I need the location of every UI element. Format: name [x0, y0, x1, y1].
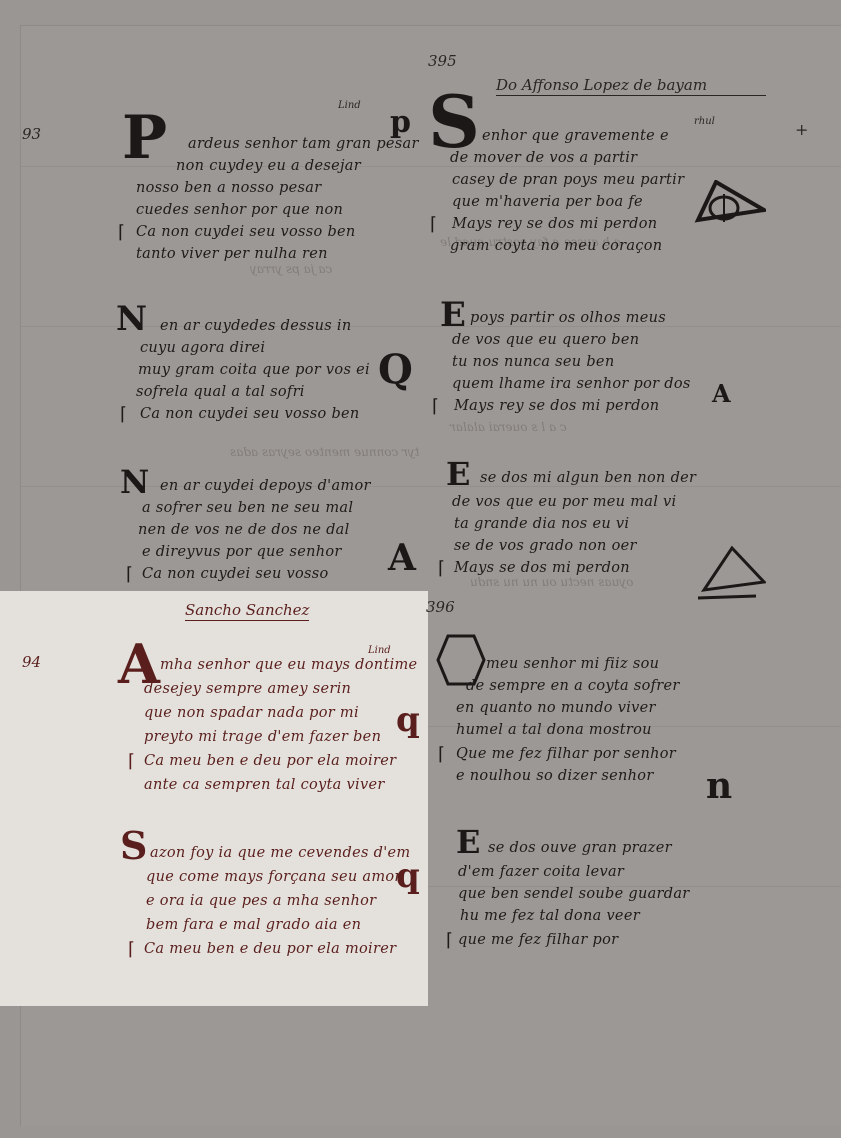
verse-line: d'em fazer coita levar	[458, 864, 624, 880]
verse-line: que m'haveria per boa fe	[452, 194, 643, 210]
guide-letter-blot: A	[388, 540, 416, 576]
bleed-through-text: ca ja ps yrray	[250, 262, 332, 276]
decorated-initial-d-icon	[694, 180, 766, 232]
verse-line: se dos mi algun ben non der	[480, 470, 696, 486]
guide-letter-q: q	[396, 859, 420, 893]
verse-line: en quanto no mundo viver	[456, 700, 656, 716]
initial-letter: N	[120, 466, 149, 498]
verse-line: humel a tal dona mostrou	[456, 722, 652, 738]
verse-line: casey de pran poys meu partir	[452, 172, 684, 188]
folio-number-395: 395	[428, 52, 457, 70]
initial-letter: S	[428, 86, 480, 158]
verse-line: ante ca sempren tal coyta viver	[144, 777, 385, 793]
guide-letter-q: q	[396, 703, 420, 737]
verse-line: e ora ia que pes a mha senhor	[146, 893, 376, 909]
verse-line: bem fara e mal grado aia en	[146, 917, 361, 933]
verse-line: en ar cuydei depoys d'amor	[160, 478, 371, 494]
refrain-marker: ⌈	[128, 939, 135, 960]
author-heading-left: Sancho Sanchez	[185, 601, 309, 621]
verse-line: tanto viver per nulha ren	[136, 246, 328, 262]
verse-line: se de vos grado non oer	[454, 538, 637, 554]
verse-line: de sempre en a coyta sofrer	[466, 678, 680, 694]
verse-line: e noulhou so dizer senhor	[456, 768, 654, 784]
verse-line: meu senhor mi fiiz sou	[486, 656, 659, 672]
verse-line: poys partir os olhos meus	[470, 310, 666, 326]
decorated-diamond-icon	[692, 544, 766, 604]
verse-line: de mover de vos a partir	[450, 150, 637, 166]
guide-letter-p: p	[390, 108, 411, 138]
refrain-marker: ⌈	[126, 564, 133, 585]
refrain-marker: ⌈	[432, 396, 439, 417]
verse-line: que me fez filhar por	[458, 932, 618, 948]
refrain-marker: ⌈	[128, 751, 135, 772]
initial-letter: N	[116, 302, 147, 336]
bleed-through-text: c a l s ouerai alalar	[450, 420, 567, 434]
margin-note: rhul	[694, 116, 715, 127]
verse-line: e direyvus por que senhor	[142, 544, 342, 560]
verse-line: non cuydey eu a desejar	[176, 158, 361, 174]
verse-line: cuedes senhor por que non	[136, 202, 343, 218]
verse-line: Ca non cuydei seu vosso ben	[136, 224, 356, 240]
verse-line: de vos que eu por meu mal vi	[452, 494, 676, 510]
verse-line: Mays rey se dos mi perdon	[454, 398, 659, 414]
guide-letter-q: Q	[378, 350, 413, 390]
bleed-through-text: oyuas nectu ou nu nu sndu	[470, 575, 633, 589]
refrain-marker: ⌈	[438, 558, 445, 579]
verse-line: ardeus senhor tam gran pesar	[188, 136, 419, 152]
initial-letter: S	[120, 827, 147, 865]
initial-letter: P	[122, 108, 167, 168]
verse-line: mha senhor que eu mays dontime	[160, 657, 417, 673]
folio-number-396: 396	[426, 598, 455, 616]
refrain-marker: ⌈	[438, 744, 445, 765]
margin-note: Lind	[368, 645, 391, 656]
initial-letter: E	[456, 826, 480, 858]
verse-line: que ben sendel soube guardar	[458, 886, 690, 902]
initial-letter: E	[446, 458, 470, 490]
verse-line: sofrela qual a tal sofri	[136, 384, 305, 400]
verse-line: muy gram coita que por vos ei	[138, 362, 370, 378]
verse-line: Mays rey se dos mi perdon	[452, 216, 657, 232]
verse-line: preyto mi trage d'em fazer ben	[144, 729, 381, 745]
verse-line: nosso ben a nosso pesar	[136, 180, 321, 196]
refrain-marker: ⌈	[430, 214, 437, 235]
verse-line: de vos que eu quero ben	[452, 332, 639, 348]
author-heading-right: Do Affonso Lopez de bayam	[496, 76, 766, 96]
refrain-marker: ⌈	[446, 930, 453, 951]
verse-line: ta grande dia nos eu vi	[454, 516, 629, 532]
verse-line: Ca meu ben e deu por ela moirer	[144, 753, 396, 769]
verse-line: que non spadar nada por mi	[144, 705, 359, 721]
verse-line: Ca meu ben e deu por ela moirer	[144, 941, 396, 957]
margin-note: Lind	[338, 100, 361, 111]
verse-line: Que me fez filhar por senhor	[456, 746, 676, 762]
margin-number-94: 94	[22, 653, 41, 671]
refrain-marker: ⌈	[120, 404, 127, 425]
refrain-marker: ⌈	[118, 222, 125, 243]
verse-line: Ca non cuydei seu vosso ben	[140, 406, 360, 422]
verse-line: que come mays forçana seu amor	[146, 869, 402, 885]
verse-line: desejey sempre amey serin	[144, 681, 351, 697]
verse-line: enhor que gravemente e	[482, 128, 669, 144]
margin-number-93: 93	[22, 125, 41, 143]
verse-line: Ca non cuydei seu vosso	[142, 566, 329, 582]
verse-line: tu nos nunca seu ben	[452, 354, 614, 370]
verse-line: se dos ouve gran prazer	[488, 840, 672, 856]
verse-line: hu me fez tal dona veer	[460, 908, 640, 924]
verse-line: azon foy ia que me cevendes d'em	[150, 845, 410, 861]
verse-line: a sofrer seu ben ne seu mal	[142, 500, 353, 516]
highlighted-region: Sancho Sanchez 94 Lind A mha senhor que …	[0, 591, 428, 1006]
verse-line: cuyu agora direi	[140, 340, 265, 356]
guide-letter-a: A	[712, 382, 731, 406]
guide-letter-a: n	[706, 768, 732, 804]
initial-letter: E	[440, 298, 466, 332]
bleed-through-text: tyr connue menteo seyras adas	[230, 445, 419, 459]
verse-line: Mays se dos mi perdon	[454, 560, 630, 576]
verse-line: en ar cuydedes dessus in	[160, 318, 351, 334]
verse-line: nen de vos ne de dos ne dal	[138, 522, 350, 538]
verse-line: gram coyta no meu coraçon	[450, 238, 662, 254]
verse-line: quem lhame ira senhor por dos	[452, 376, 691, 392]
margin-cross: +	[795, 120, 808, 139]
